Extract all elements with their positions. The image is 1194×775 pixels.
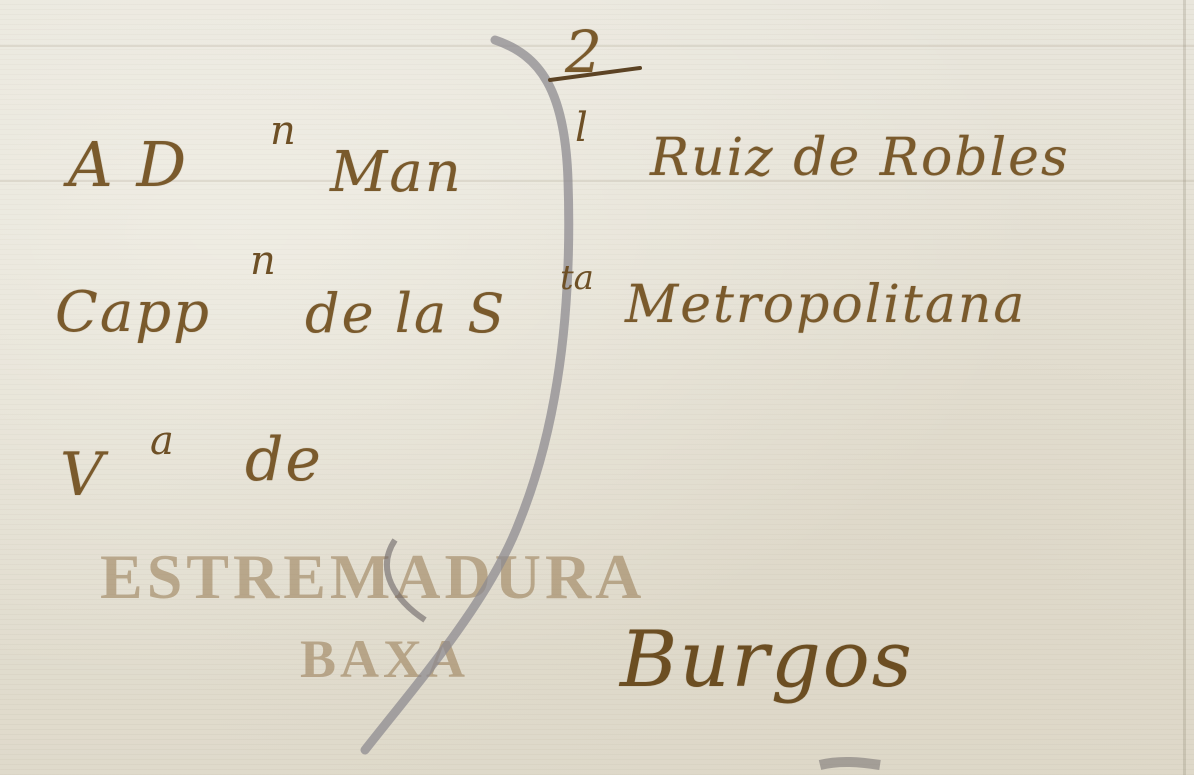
address-line3-prefix-sup: a xyxy=(150,418,174,464)
ink-strokes xyxy=(0,0,1194,775)
address-line3-prefix: V xyxy=(60,440,105,510)
address-line2-church: de la S xyxy=(305,282,506,345)
address-line2-church-sup: ta xyxy=(560,258,594,298)
letter-cover: ESTREMADURA BAXA 2 A D n Man l Ruiz de R… xyxy=(0,0,1194,775)
address-line1-name: Man xyxy=(330,140,463,205)
destination-city: Burgos xyxy=(620,615,914,705)
address-line1-surname: Ruiz de Robles xyxy=(650,128,1070,188)
address-line3-de: de xyxy=(245,425,323,495)
address-line1-prefix-sup: n xyxy=(270,108,296,154)
address-line2-prefix-sup: n xyxy=(250,238,276,284)
address-line2-metropolitana: Metropolitana xyxy=(625,275,1026,335)
address-line1-name-sup: l xyxy=(575,105,588,151)
rate-mark: 2 xyxy=(565,18,604,86)
address-line1-prefix: A D xyxy=(68,128,188,201)
address-line2-prefix: Capp xyxy=(55,280,211,345)
